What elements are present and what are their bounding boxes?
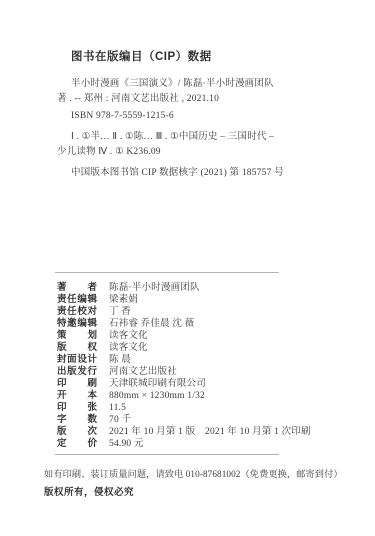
cip-publisher-line: 著 . -- 郑州 : 河南文艺出版社 , 2021.10: [57, 92, 337, 107]
quality-notice: 如有印刷、装订质量问题，请致电 010-87681002（免费更换，邮寄到付）: [44, 468, 344, 481]
credit-row-publisher: 出版发行 河南文艺出版社: [57, 363, 337, 375]
credit-value: 54.90 元: [109, 435, 144, 449]
copyright-page: 图书在版编目（CIP）数据 半小时漫画《三国演义》/ 陈磊·半小时漫画团队 著 …: [0, 0, 375, 536]
credit-label: 定 价: [57, 435, 97, 449]
cip-isbn-line: ISBN 978-7-5559-1215-6: [57, 109, 337, 124]
copyright-statement: 版权所有，侵权必究: [44, 484, 134, 498]
credit-row-edition: 版 次 2021 年 10 月第 1 版 2021 年 10 月第 1 次印刷: [57, 423, 337, 435]
credit-value: 天津联城印刷有限公司: [109, 375, 206, 389]
divider-top: [55, 272, 279, 273]
credit-row-word-count: 字 数 70 千: [57, 411, 337, 423]
divider-bottom: [55, 454, 279, 455]
credit-row-printer: 印 刷 天津联城印刷有限公司: [57, 375, 337, 387]
credit-row-author: 著 者 陈磊·半小时漫画团队: [57, 279, 337, 291]
credit-row-guest-editors: 特邀编辑 石祎睿 乔佳晨 沈 薇: [57, 315, 337, 327]
cip-title-line: 半小时漫画《三国演义》/ 陈磊·半小时漫画团队: [57, 77, 337, 92]
credit-row-planning: 策 划 读客文化: [57, 327, 337, 339]
cip-heading: 图书在版编目（CIP）数据: [71, 48, 337, 64]
credit-row-rights: 版 权 读客文化: [57, 339, 337, 351]
cip-record-number-line: 中国版本图书馆 CIP 数据核字 (2021) 第 185757 号: [57, 166, 337, 181]
cip-classification-line-2: 少儿读物 Ⅳ . ① K236.09: [57, 145, 337, 160]
credit-value: 880mm × 1230mm 1/32: [109, 391, 205, 401]
credit-row-cover-design: 封面设计 陈 晨: [57, 351, 337, 363]
credit-row-proofreader: 责任校对 丁 香: [57, 303, 337, 315]
cip-section: 图书在版编目（CIP）数据 半小时漫画《三国演义》/ 陈磊·半小时漫画团队 著 …: [57, 48, 337, 181]
cip-classification-line-1: Ⅰ . ①半… Ⅱ . ①陈… Ⅲ . ①中国历史 – 三国时代 –: [57, 130, 337, 145]
credits-section: 著 者 陈磊·半小时漫画团队 责任编辑 梁素娟 责任校对 丁 香 特邀编辑 石祎…: [57, 279, 337, 447]
